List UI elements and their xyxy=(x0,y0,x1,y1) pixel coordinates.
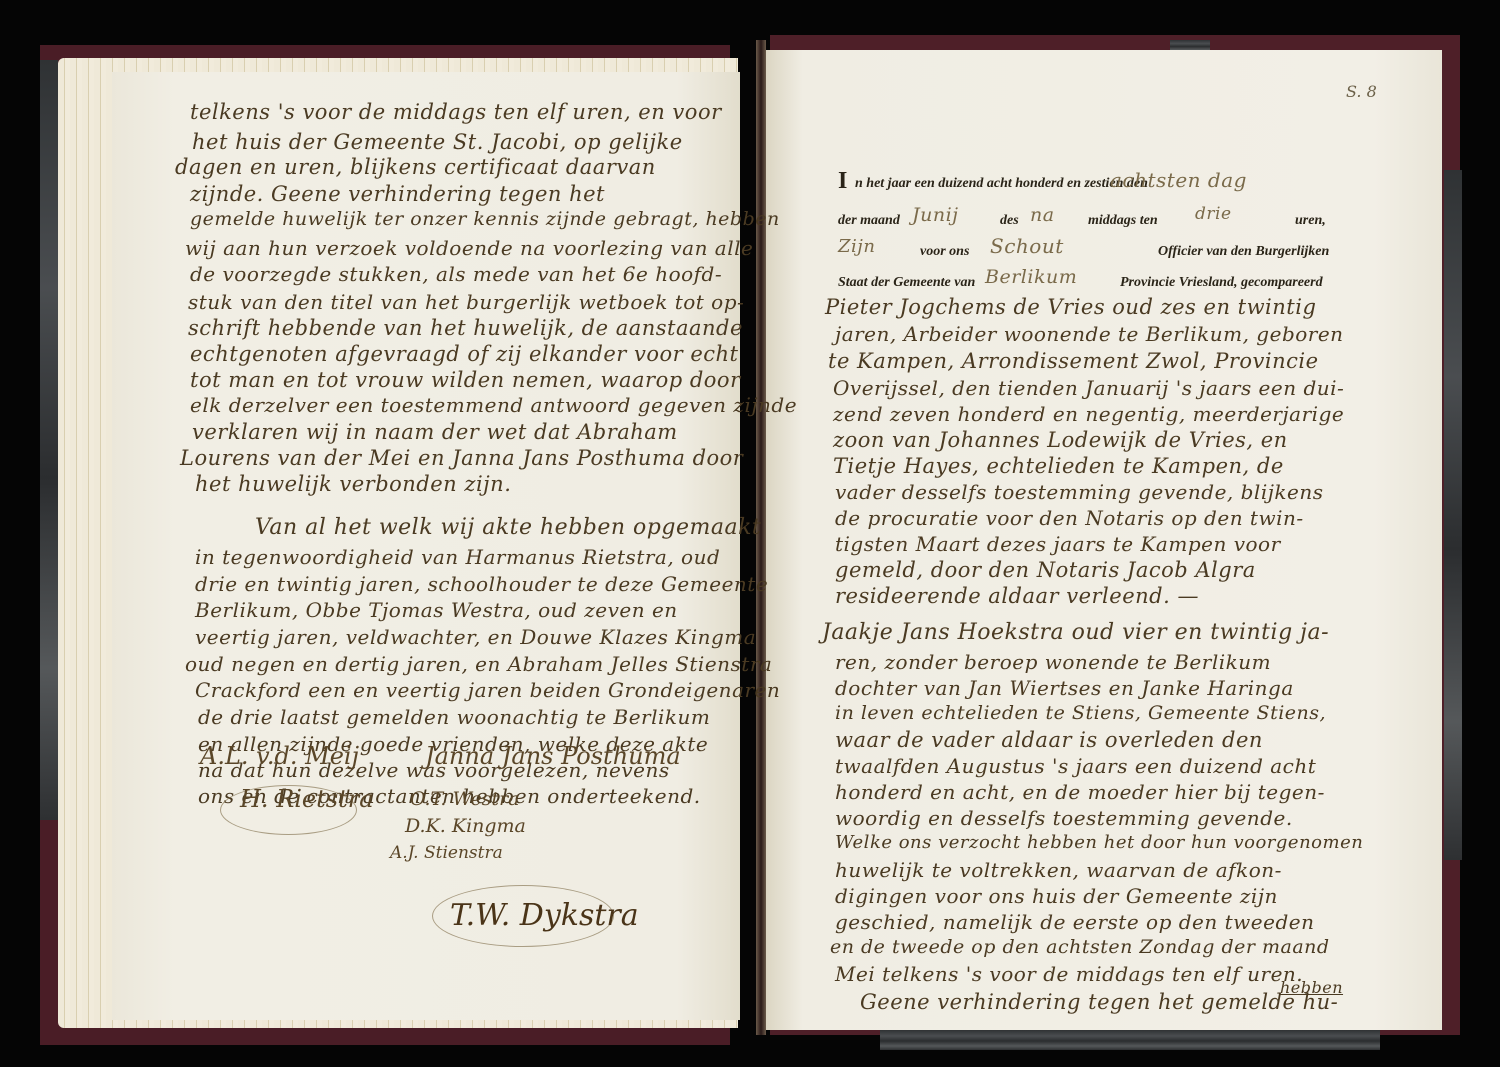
right-line: twaalfden Augustus 's jaars een duizend … xyxy=(835,754,1316,778)
right-line: zoon van Johannes Lodewijk de Vries, en xyxy=(833,428,1288,452)
signature-groom: A.L. v.d. Meij xyxy=(200,742,359,770)
right-line: digingen voor ons huis der Gemeente zijn xyxy=(835,884,1278,908)
signature-official: T.W. Dykstra xyxy=(450,898,639,933)
signature-witness-2: O.T. Westra xyxy=(410,788,519,810)
form-field-zijn: Zijn xyxy=(838,236,875,257)
form-field-municipality: Berlikum xyxy=(985,266,1077,288)
left-line: tot man en tot vrouw wilden nemen, waaro… xyxy=(190,368,741,392)
signature-bride: Janna Jans Posthuma xyxy=(425,742,681,770)
left-line: drie en twintig jaren, schoolhouder te d… xyxy=(195,572,768,596)
right-line: Tietje Hayes, echtelieden te Kampen, de xyxy=(833,454,1284,478)
right-line: te Kampen, Arrondissement Zwol, Provinci… xyxy=(828,349,1319,373)
right-line: huwelijk te voltrekken, waarvan de afkon… xyxy=(835,858,1282,882)
right-line: woordig en desselfs toestemming gevende. xyxy=(835,806,1293,830)
right-line: Overijssel, den tienden Januarij 's jaar… xyxy=(833,376,1344,400)
left-line: veertig jaren, veldwachter, en Douwe Kla… xyxy=(195,625,756,649)
form-field-hour: drie xyxy=(1195,204,1232,224)
marbled-board-left xyxy=(40,60,58,820)
right-line: vader desselfs toestemming gevende, blij… xyxy=(835,480,1324,504)
left-line: de voorzegde stukken, als mede van het 6… xyxy=(190,262,722,286)
left-line: de drie laatst gemelden woonachtig te Be… xyxy=(198,705,710,729)
form-field-month: Junij xyxy=(912,204,959,226)
right-line: honderd en acht, en de moeder hier bij t… xyxy=(835,780,1325,804)
form-field-office: Schout xyxy=(990,234,1064,258)
form-field-day: achtsten dag xyxy=(1110,168,1247,192)
right-line: de procuratie voor den Notaris op den tw… xyxy=(835,506,1304,530)
right-line: tigsten Maart dezes jaars te Kampen voor xyxy=(835,532,1281,556)
marbled-board-bottom xyxy=(880,1030,1380,1050)
left-line: Berlikum, Obbe Tjomas Westra, oud zeven … xyxy=(195,598,678,622)
form-field-ante-post: na xyxy=(1030,204,1055,226)
left-line: het huis der Gemeente St. Jacobi, op gel… xyxy=(192,130,683,154)
form-text: der maand xyxy=(838,213,900,229)
form-text: n het jaar een duizend acht honderd en z… xyxy=(855,176,1148,192)
right-line: zend zeven honderd en negentig, meerderj… xyxy=(833,402,1344,426)
left-line: Crackford een en veertig jaren beiden Gr… xyxy=(195,678,780,702)
form-text: middags ten xyxy=(1088,213,1158,229)
right-line: ren, zonder beroep wonende te Berlikum xyxy=(835,650,1271,674)
left-line: echtgenoten afgevraagd of zij elkander v… xyxy=(190,342,739,366)
signature-witness-4: A.J. Stienstra xyxy=(390,843,503,863)
left-line: wij aan hun verzoek voldoende na voorlez… xyxy=(185,236,753,260)
right-line: en de tweede op den achtsten Zondag der … xyxy=(830,936,1330,958)
initial-letter: I xyxy=(838,168,847,195)
right-line: Welke ons verzocht hebben het door hun v… xyxy=(835,832,1363,853)
left-line: verklaren wij in naam der wet dat Abraha… xyxy=(192,420,678,444)
right-line: gemeld, door den Notaris Jacob Algra xyxy=(835,558,1256,582)
left-line: dagen en uren, blijkens certificaat daar… xyxy=(175,155,656,179)
signature-witness-3: D.K. Kingma xyxy=(405,815,526,837)
right-line: Geene verhindering tegen het gemelde hu- xyxy=(860,990,1338,1014)
right-line: dochter van Jan Wiertses en Janke Haring… xyxy=(835,676,1294,700)
form-text: des xyxy=(1000,213,1019,229)
left-line: schrift hebbende van het huwelijk, de aa… xyxy=(188,316,743,340)
marbled-board-right xyxy=(1444,170,1462,860)
left-line: in tegenwoordigheid van Harmanus Rietstr… xyxy=(195,545,720,569)
catchword: hebben xyxy=(1280,978,1343,997)
right-line: Jaakje Jans Hoekstra oud vier en twintig… xyxy=(822,620,1329,645)
right-line: Pieter Jogchems de Vries oud zes en twin… xyxy=(825,295,1316,319)
left-line: zijnde. Geene verhindering tegen het xyxy=(190,182,605,206)
left-line: gemelde huwelijk ter onzer kennis zijnde… xyxy=(190,208,780,230)
right-line: waar de vader aldaar is overleden den xyxy=(835,728,1263,752)
left-line: stuk van den titel van het burgerlijk we… xyxy=(188,290,744,314)
form-text: Officier van den Burgerlijken xyxy=(1158,244,1329,260)
right-line: resideerende aldaar verleend. — xyxy=(835,584,1199,608)
right-line: Mei telkens 's voor de middags ten elf u… xyxy=(835,962,1303,986)
right-line: geschied, namelijk de eerste op den twee… xyxy=(835,910,1314,934)
left-line: oud negen en dertig jaren, en Abraham Je… xyxy=(185,652,772,676)
left-line: Lourens van der Mei en Janna Jans Posthu… xyxy=(180,446,743,470)
right-line: in leven echtelieden te Stiens, Gemeente… xyxy=(835,702,1326,724)
left-line: Van al het welk wij akte hebben opgemaak… xyxy=(255,515,761,540)
form-text: Staat der Gemeente van xyxy=(838,275,975,291)
form-text: uren, xyxy=(1295,213,1326,229)
left-line: telkens 's voor de middags ten elf uren,… xyxy=(190,100,722,124)
folio-number: S. 8 xyxy=(1346,82,1377,101)
right-line: jaren, Arbeider woonende te Berlikum, ge… xyxy=(835,322,1344,346)
left-line: elk derzelver een toestemmend antwoord g… xyxy=(190,393,797,417)
form-text: Provincie Vriesland, gecompareerd xyxy=(1120,275,1323,291)
left-line: het huwelijk verbonden zijn. xyxy=(195,472,511,496)
signature-witness-1: H. Rietstra xyxy=(240,785,374,813)
form-text: voor ons xyxy=(920,244,969,260)
